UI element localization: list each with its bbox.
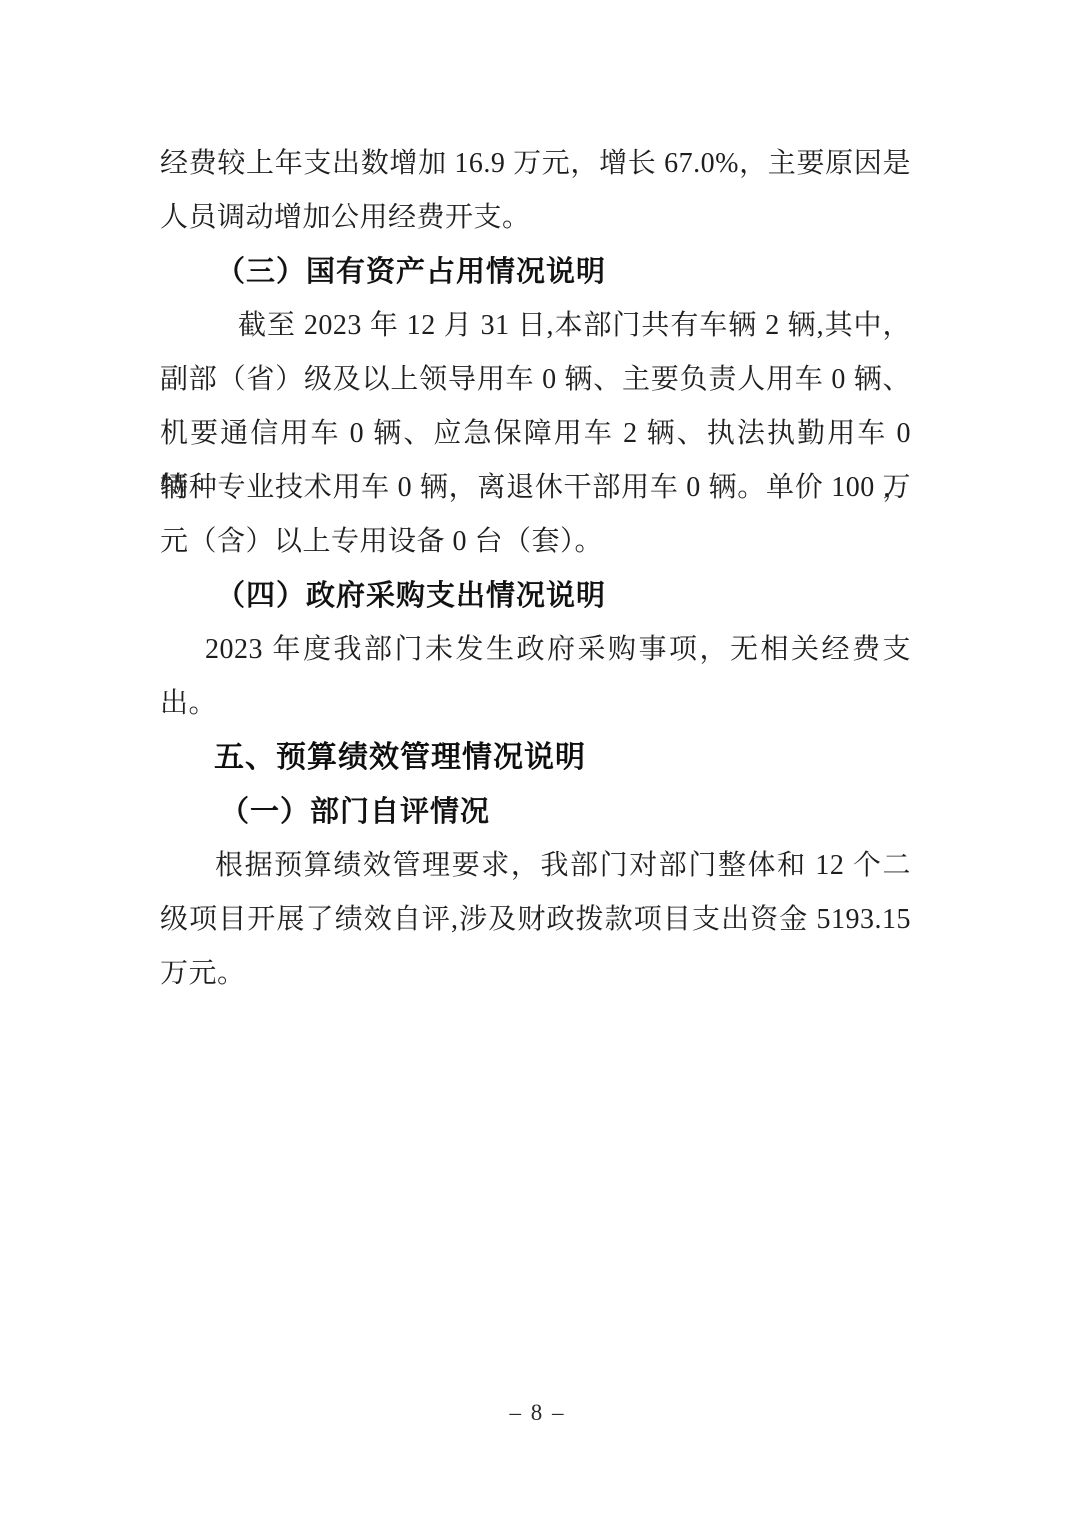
text-line: 截至 2023 年 12 月 31 日,本部门共有车辆 2 辆,其中， <box>160 299 911 353</box>
text-line: 2023 年度我部门未发生政府采购事项，无相关经费支 <box>160 623 911 677</box>
paragraph-state-assets: 截至 2023 年 12 月 31 日,本部门共有车辆 2 辆,其中， 副部（省… <box>160 299 911 569</box>
text-line: 出。 <box>160 677 911 731</box>
text-line: 根据预算绩效管理要求，我部门对部门整体和 12 个二 <box>160 839 911 893</box>
document-page: 经费较上年支出数增加 16.9 万元，增长 67.0%，主要原因是 人员调动增加… <box>0 0 1075 1520</box>
text-line: 人员调动增加公用经费开支。 <box>160 191 911 245</box>
heading-state-assets: （三）国有资产占用情况说明 <box>160 245 911 299</box>
paragraph-gov-procurement: 2023 年度我部门未发生政府采购事项，无相关经费支 出。 <box>160 623 911 731</box>
heading-gov-procurement: （四）政府采购支出情况说明 <box>160 569 911 623</box>
page-number: – 8 – <box>0 1398 1075 1428</box>
text-line: 元（含）以上专用设备 0 台（套）。 <box>160 515 911 569</box>
paragraph-public-funds: 经费较上年支出数增加 16.9 万元，增长 67.0%，主要原因是 人员调动增加… <box>160 137 911 245</box>
text-line: 万元。 <box>160 947 911 1001</box>
heading-self-evaluation: （一）部门自评情况 <box>160 785 911 839</box>
heading-section-5: 五、预算绩效管理情况说明 <box>160 731 911 785</box>
text-line: 经费较上年支出数增加 16.9 万元，增长 67.0%，主要原因是 <box>160 137 911 191</box>
text-line: 机要通信用车 0 辆、应急保障用车 2 辆、执法执勤用车 0 辆， <box>160 407 911 461</box>
document-body: 经费较上年支出数增加 16.9 万元，增长 67.0%，主要原因是 人员调动增加… <box>160 137 911 1001</box>
text-line: 级项目开展了绩效自评,涉及财政拨款项目支出资金 5193.15 <box>160 893 911 947</box>
text-line: 特种专业技术用车 0 辆，离退休干部用车 0 辆。单价 100 万 <box>160 461 911 515</box>
text-line: 副部（省）级及以上领导用车 0 辆、主要负责人用车 0 辆、 <box>160 353 911 407</box>
paragraph-self-evaluation: 根据预算绩效管理要求，我部门对部门整体和 12 个二 级项目开展了绩效自评,涉及… <box>160 839 911 1001</box>
